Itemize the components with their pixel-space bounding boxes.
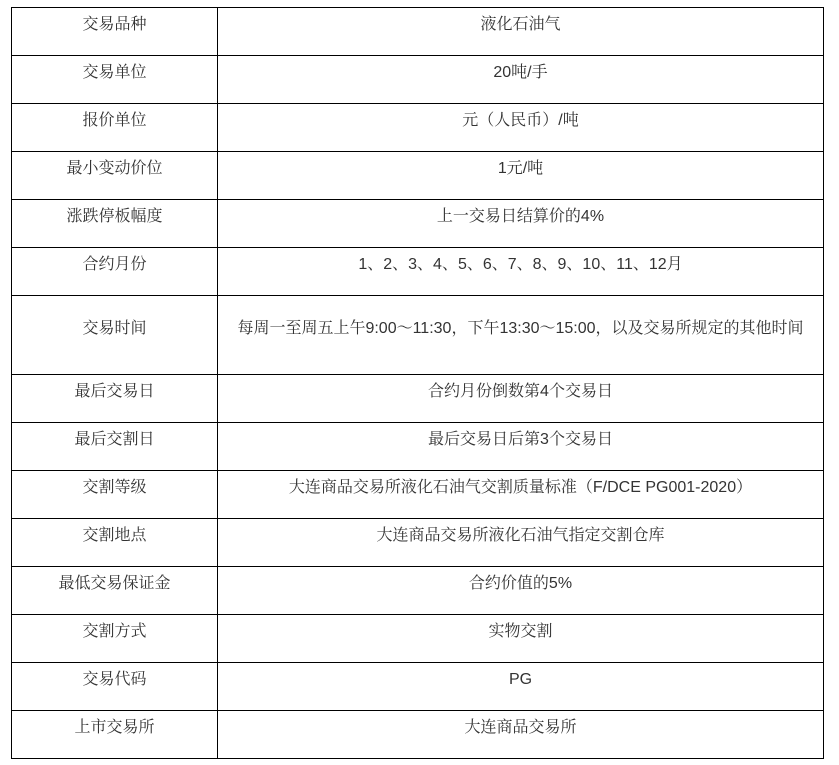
table-row-6: 交易时间 每周一至周五上午9:00～11:30，下午13:30～15:00，以及… [12, 296, 824, 375]
spec-value: 20吨/手 [222, 60, 819, 85]
spec-value: 大连商品交易所液化石油气指定交割仓库 [222, 523, 819, 548]
spec-label: 交易单位 [16, 60, 213, 85]
spec-label: 报价单位 [16, 108, 213, 133]
spec-label-cell: 交易代码 [12, 663, 218, 711]
spec-label-cell: 最低交易保证金 [12, 567, 218, 615]
spec-value: 大连商品交易所 [222, 715, 819, 740]
spec-label: 交割方式 [16, 619, 213, 644]
table-row-5: 合约月份 1、2、3、4、5、6、7、8、9、10、11、12月 [12, 248, 824, 296]
spec-label-cell: 交割方式 [12, 615, 218, 663]
spec-label: 交割等级 [16, 475, 213, 500]
spec-value-cell: 20吨/手 [218, 56, 824, 104]
spec-label-cell: 报价单位 [12, 104, 218, 152]
spec-value: 液化石油气 [222, 12, 819, 37]
spec-label: 最小变动价位 [16, 156, 213, 181]
spec-value: 上一交易日结算价的4% [222, 204, 819, 229]
spec-value-cell: 每周一至周五上午9:00～11:30，下午13:30～15:00，以及交易所规定… [218, 296, 824, 375]
table-row-10: 交割地点 大连商品交易所液化石油气指定交割仓库 [12, 519, 824, 567]
spec-value: 实物交割 [222, 619, 819, 644]
table-row-0: 交易品种 液化石油气 [12, 8, 824, 56]
spec-label: 交易品种 [16, 12, 213, 37]
table-row-1: 交易单位 20吨/手 [12, 56, 824, 104]
spec-label: 最后交易日 [16, 379, 213, 404]
table-row-3: 最小变动价位 1元/吨 [12, 152, 824, 200]
spec-value-cell: 元（人民币）/吨 [218, 104, 824, 152]
page: 交易品种 液化石油气 交易单位 20吨/手 报价单位 元（人民币）/吨 最小变动… [0, 0, 839, 765]
spec-value: 1、2、3、4、5、6、7、8、9、10、11、12月 [222, 252, 819, 277]
spec-label-cell: 交割地点 [12, 519, 218, 567]
table-row-2: 报价单位 元（人民币）/吨 [12, 104, 824, 152]
spec-value-cell: 1、2、3、4、5、6、7、8、9、10、11、12月 [218, 248, 824, 296]
spec-value-cell: 上一交易日结算价的4% [218, 200, 824, 248]
spec-label: 交易代码 [16, 667, 213, 692]
spec-value-cell: 大连商品交易所 [218, 711, 824, 759]
spec-label-cell: 合约月份 [12, 248, 218, 296]
spec-value: 最后交易日后第3个交易日 [222, 427, 819, 452]
spec-value: 合约价值的5% [222, 571, 819, 596]
spec-label-cell: 最后交易日 [12, 375, 218, 423]
spec-value-cell: 合约月份倒数第4个交易日 [218, 375, 824, 423]
table-row-8: 最后交割日 最后交易日后第3个交易日 [12, 423, 824, 471]
spec-value-cell: 最后交易日后第3个交易日 [218, 423, 824, 471]
spec-label-cell: 最后交割日 [12, 423, 218, 471]
spec-value-cell: 大连商品交易所液化石油气交割质量标准（F/DCE PG001-2020） [218, 471, 824, 519]
spec-label: 交割地点 [16, 523, 213, 548]
spec-value-cell: 大连商品交易所液化石油气指定交割仓库 [218, 519, 824, 567]
table-row-11: 最低交易保证金 合约价值的5% [12, 567, 824, 615]
spec-label: 最后交割日 [16, 427, 213, 452]
spec-label-cell: 交易时间 [12, 296, 218, 375]
spec-label: 交易时间 [16, 316, 213, 341]
table-row-12: 交割方式 实物交割 [12, 615, 824, 663]
spec-value: 每周一至周五上午9:00～11:30，下午13:30～15:00，以及交易所规定… [222, 316, 819, 341]
spec-value-cell: 1元/吨 [218, 152, 824, 200]
table-row-9: 交割等级 大连商品交易所液化石油气交割质量标准（F/DCE PG001-2020… [12, 471, 824, 519]
spec-value: PG [222, 667, 819, 692]
spec-label-cell: 最小变动价位 [12, 152, 218, 200]
spec-value: 1元/吨 [222, 156, 819, 181]
spec-label: 最低交易保证金 [16, 571, 213, 596]
spec-label: 上市交易所 [16, 715, 213, 740]
spec-value-cell: 合约价值的5% [218, 567, 824, 615]
table-row-13: 交易代码 PG [12, 663, 824, 711]
table-row-14: 上市交易所 大连商品交易所 [12, 711, 824, 759]
spec-value: 元（人民币）/吨 [222, 108, 819, 133]
spec-label: 合约月份 [16, 252, 213, 277]
spec-label-cell: 交易品种 [12, 8, 218, 56]
table-row-4: 涨跌停板幅度 上一交易日结算价的4% [12, 200, 824, 248]
spec-value: 合约月份倒数第4个交易日 [222, 379, 819, 404]
spec-label-cell: 交易单位 [12, 56, 218, 104]
spec-value-cell: 实物交割 [218, 615, 824, 663]
contract-spec-table-body: 交易品种 液化石油气 交易单位 20吨/手 报价单位 元（人民币）/吨 最小变动… [12, 8, 824, 759]
spec-label-cell: 涨跌停板幅度 [12, 200, 218, 248]
spec-value-cell: 液化石油气 [218, 8, 824, 56]
spec-label-cell: 交割等级 [12, 471, 218, 519]
contract-spec-table: 交易品种 液化石油气 交易单位 20吨/手 报价单位 元（人民币）/吨 最小变动… [11, 7, 824, 759]
spec-value-cell: PG [218, 663, 824, 711]
spec-label: 涨跌停板幅度 [16, 204, 213, 229]
spec-label-cell: 上市交易所 [12, 711, 218, 759]
spec-value: 大连商品交易所液化石油气交割质量标准（F/DCE PG001-2020） [222, 475, 819, 500]
table-row-7: 最后交易日 合约月份倒数第4个交易日 [12, 375, 824, 423]
